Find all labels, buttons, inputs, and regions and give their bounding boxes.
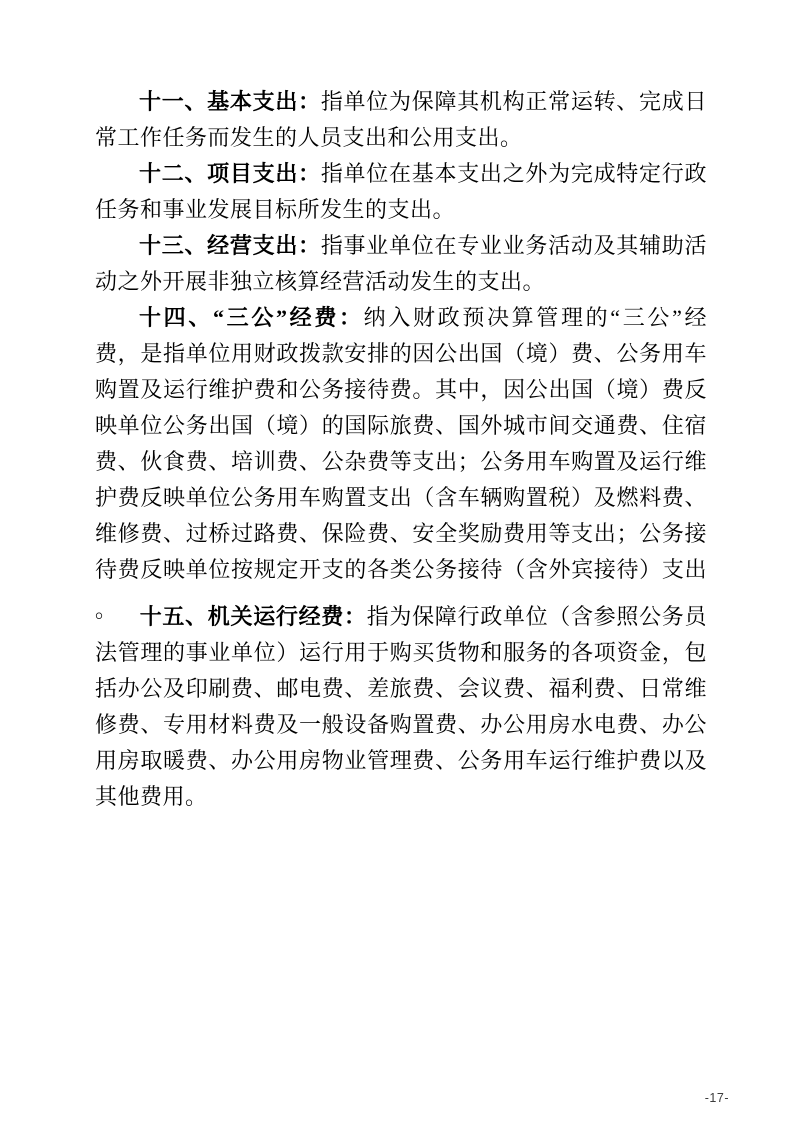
- line-text: 指单位在基本支出之外为完成特定行政: [321, 161, 707, 186]
- line-text: 护费反映单位公务用车购置支出（含车辆购置税）及燃料费、: [95, 485, 707, 510]
- line-text: 括办公及印刷费、邮电费、差旅费、会议费、福利费、日常维: [95, 676, 707, 701]
- paragraph-line: 护费反映单位公务用车购置支出（含车辆购置税）及燃料费、: [95, 480, 707, 516]
- line-text: 待费反映单位按规定开支的各类公务接待（含外宾接待）支出: [95, 557, 707, 582]
- paragraph-line: 费、伙食费、培训费、公杂费等支出；公务用车购置及运行维: [95, 444, 707, 480]
- paragraph-line: 待费反映单位按规定开支的各类公务接待（含外宾接待）支出: [95, 552, 707, 588]
- line-text: 任务和事业发展目标所发生的支出。: [95, 197, 455, 222]
- line-text: 动之外开展非独立核算经营活动发生的支出。: [95, 269, 545, 294]
- paragraph-line: 修费、专用材料费及一般设备购置费、办公用房水电费、办公: [95, 707, 707, 743]
- line-text: 修费、专用材料费及一般设备购置费、办公用房水电费、办公: [95, 712, 707, 737]
- paragraph-line: 十三、经营支出：指事业单位在专业业务活动及其辅助活: [95, 228, 707, 264]
- paragraph-line: 映单位公务出国（境）的国际旅费、国外城市间交通费、住宿: [95, 408, 707, 444]
- line-text: 指为保障行政单位（含参照公务员: [367, 604, 707, 629]
- paragraph-line: 购置及运行维护费和公务接待费。其中，因公出国（境）费反: [95, 372, 707, 408]
- line-text: 指单位为保障其机构正常运转、完成日: [321, 89, 707, 114]
- line-text: 映单位公务出国（境）的国际旅费、国外城市间交通费、住宿: [95, 413, 707, 438]
- line-text: 费，是指单位用财政拨款安排的因公出国（境）费、公务用车: [95, 341, 707, 366]
- paragraph-line: 费，是指单位用财政拨款安排的因公出国（境）费、公务用车: [95, 336, 707, 372]
- paragraph-line: 其他费用。: [95, 779, 707, 815]
- line-text: 常工作任务而发生的人员支出和公用支出。: [95, 125, 523, 150]
- line-text: 法管理的事业单位）运行用于购买货物和服务的各项资金，包: [95, 640, 707, 665]
- line-text: 纳入财政预决算管理的“三公”经: [364, 305, 707, 330]
- paragraph-line: 常工作任务而发生的人员支出和公用支出。: [95, 120, 707, 156]
- paragraph-line: 动之外开展非独立核算经营活动发生的支出。: [95, 264, 707, 300]
- line-text: 其他费用。: [95, 784, 208, 809]
- line-text: 费、伙食费、培训费、公杂费等支出；公务用车购置及运行维: [95, 449, 707, 474]
- term-heading: 十三、经营支出：: [139, 233, 321, 258]
- term-heading: 十二、项目支出：: [139, 161, 321, 186]
- paragraph-line: 维修费、过桥过路费、保险费、安全奖励费用等支出；公务接: [95, 516, 707, 552]
- paragraph-line: 括办公及印刷费、邮电费、差旅费、会议费、福利费、日常维: [95, 671, 707, 707]
- paragraph-line: 十四、“三公”经费：纳入财政预决算管理的“三公”经: [95, 300, 707, 336]
- overflow-period: 。: [95, 592, 118, 628]
- paragraph-line: 。十五、机关运行经费：指为保障行政单位（含参照公务员: [95, 599, 707, 635]
- line-text: 购置及运行维护费和公务接待费。其中，因公出国（境）费反: [95, 377, 707, 402]
- line-text: 指事业单位在专业业务活动及其辅助活: [321, 233, 707, 258]
- text-block: 十一、基本支出：指单位为保障其机构正常运转、完成日 常工作任务而发生的人员支出和…: [95, 84, 707, 815]
- paragraph-line: 法管理的事业单位）运行用于购买货物和服务的各项资金，包: [95, 635, 707, 671]
- paragraph-line: 用房取暖费、办公用房物业管理费、公务用车运行维护费以及: [95, 743, 707, 779]
- line-text: 用房取暖费、办公用房物业管理费、公务用车运行维护费以及: [95, 748, 707, 773]
- term-heading: 十五、机关运行经费：: [140, 604, 367, 629]
- page-number: -17-: [705, 1091, 729, 1105]
- paragraph-line: 任务和事业发展目标所发生的支出。: [95, 192, 707, 228]
- line-text: 维修费、过桥过路费、保险费、安全奖励费用等支出；公务接: [95, 521, 707, 546]
- paragraph-line: 十一、基本支出：指单位为保障其机构正常运转、完成日: [95, 84, 707, 120]
- term-heading: 十四、“三公”经费：: [139, 305, 364, 330]
- term-heading: 十一、基本支出：: [139, 89, 321, 114]
- document-page: 十一、基本支出：指单位为保障其机构正常运转、完成日 常工作任务而发生的人员支出和…: [0, 0, 793, 1122]
- paragraph-line: 十二、项目支出：指单位在基本支出之外为完成特定行政: [95, 156, 707, 192]
